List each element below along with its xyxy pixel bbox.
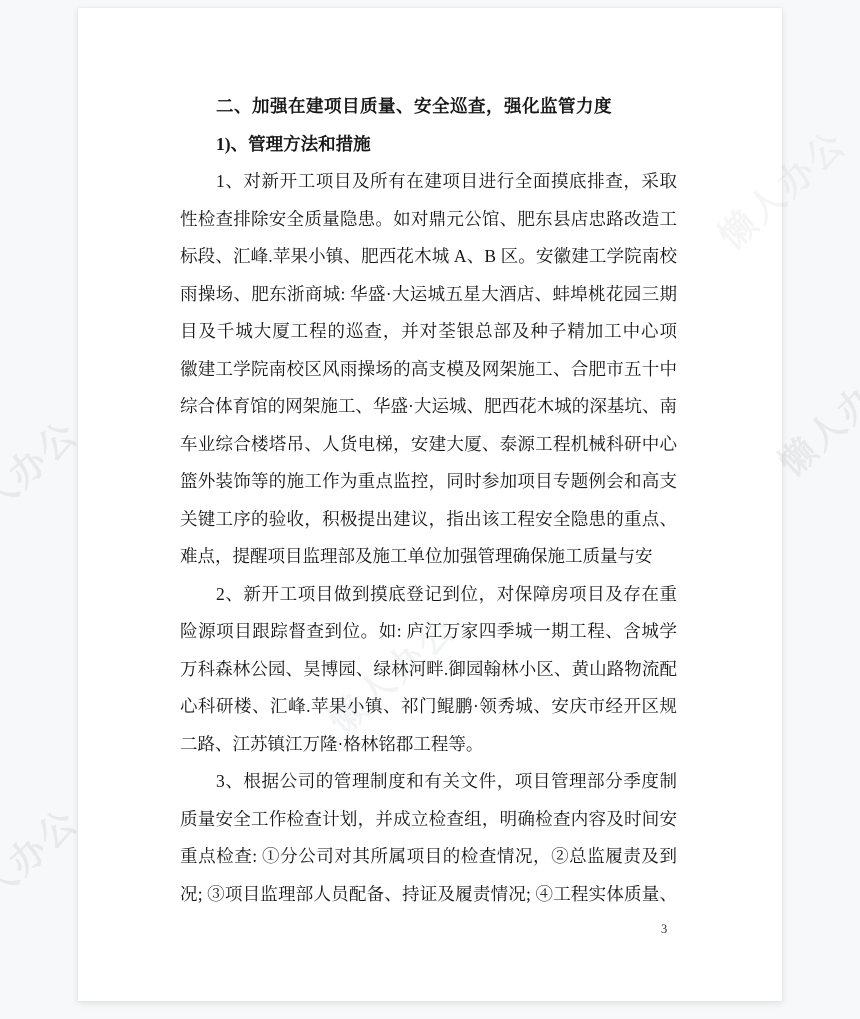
text-line: 险源项目跟踪督查到位。如: 庐江万家四季城一期工程、含城学府苑、	[180, 613, 677, 651]
document-page: 二、加强在建项目质量、安全巡查，强化监管力度 1)、管理方法和措施 1、对新开工…	[78, 8, 782, 1001]
text-line: 二路、江苏镇江万隆·格林铭郡工程等。	[180, 726, 677, 764]
paragraph: 2、新开工项目做到摸底登记到位，对保障房项目及存在重大危险源项目跟踪督查到位。如…	[180, 576, 677, 764]
paragraph: 1、对新开工项目及所有在建项目进行全面摸底排查，采取针对性检查排除安全质量隐患。…	[180, 163, 677, 576]
text-line: 2、新开工项目做到摸底登记到位，对保障房项目及存在重大危	[180, 576, 677, 614]
text-line: 3、根据公司的管理制度和有关文件，项目管理部分季度制定了	[180, 763, 677, 801]
text-line: 心科研楼、汇峰.苹果小镇、祁门鲲鹏·领秀城、安庆市经开区规划	[180, 688, 677, 726]
text-line: 况; ③项目监理部人员配备、持证及履责情况; ④工程实体质量、安	[180, 876, 677, 914]
text-line: 难点，提醒项目监理部及施工单位加强管理确保施工质量与安全。	[180, 538, 677, 576]
text-line: 徽建工学院南校区风雨操场的高支模及网架施工、合肥市五十中西区	[180, 351, 677, 389]
text-line: 车业综合楼塔吊、人货电梯，安建大厦、泰源工程机械科研中心的吊	[180, 426, 677, 464]
page-number: 3	[661, 922, 667, 937]
text-line: 性检查排除安全质量隐患。如对鼎元公馆、肥东县店忠路改造工程一	[180, 201, 677, 239]
text-line: 重点检查: ①分公司对其所属项目的检查情况，②总监履责及到岗情	[180, 838, 677, 876]
text-line: 关键工序的验收，积极提出建议，指出该工程安全隐患的重点、施工	[180, 501, 677, 539]
screenshot-canvas: 二、加强在建项目质量、安全巡查，强化监管力度 1)、管理方法和措施 1、对新开工…	[0, 0, 860, 1019]
text-line: 综合体育馆的网架施工、华盛·大运城、肥西花木城的深基坑、南滨	[180, 388, 677, 426]
section-heading: 二、加强在建项目质量、安全巡查，强化监管力度	[180, 88, 677, 126]
text-line: 雨操场、肥东浙商城: 华盛·大运城五星大酒店、蚌埠桃花园三期项	[180, 276, 677, 314]
text-line: 质量安全工作检查计划，并成立检查组，明确检查内容及时间安排，	[180, 801, 677, 839]
paragraph: 3、根据公司的管理制度和有关文件，项目管理部分季度制定了质量安全工作检查计划，并…	[180, 763, 677, 913]
text-line: 万科森林公园、昊博园、绿林河畔.御园翰林小区、黄山路物流配送中	[180, 651, 677, 689]
watermark: 懒人办公	[0, 795, 88, 937]
text-line: 标段、汇峰.苹果小镇、肥西花木城 A、B 区。安徽建工学院南校区风	[180, 238, 677, 276]
text-line: 目及千城大厦工程的巡查，并对荃银总部及种子精加工中心项目、安	[180, 313, 677, 351]
sub-heading: 1)、管理方法和措施	[180, 126, 677, 164]
text-line: 1、对新开工项目及所有在建项目进行全面摸底排查，采取针对	[180, 163, 677, 201]
watermark: 懒人办公	[0, 407, 88, 549]
text-line: 篮外装饰等的施工作为重点监控，同时参加项目专题例会和高支模等	[180, 463, 677, 501]
paragraphs: 1、对新开工项目及所有在建项目进行全面摸底排查，采取针对性检查排除安全质量隐患。…	[180, 163, 677, 913]
document-content: 二、加强在建项目质量、安全巡查，强化监管力度 1)、管理方法和措施 1、对新开工…	[180, 88, 677, 913]
